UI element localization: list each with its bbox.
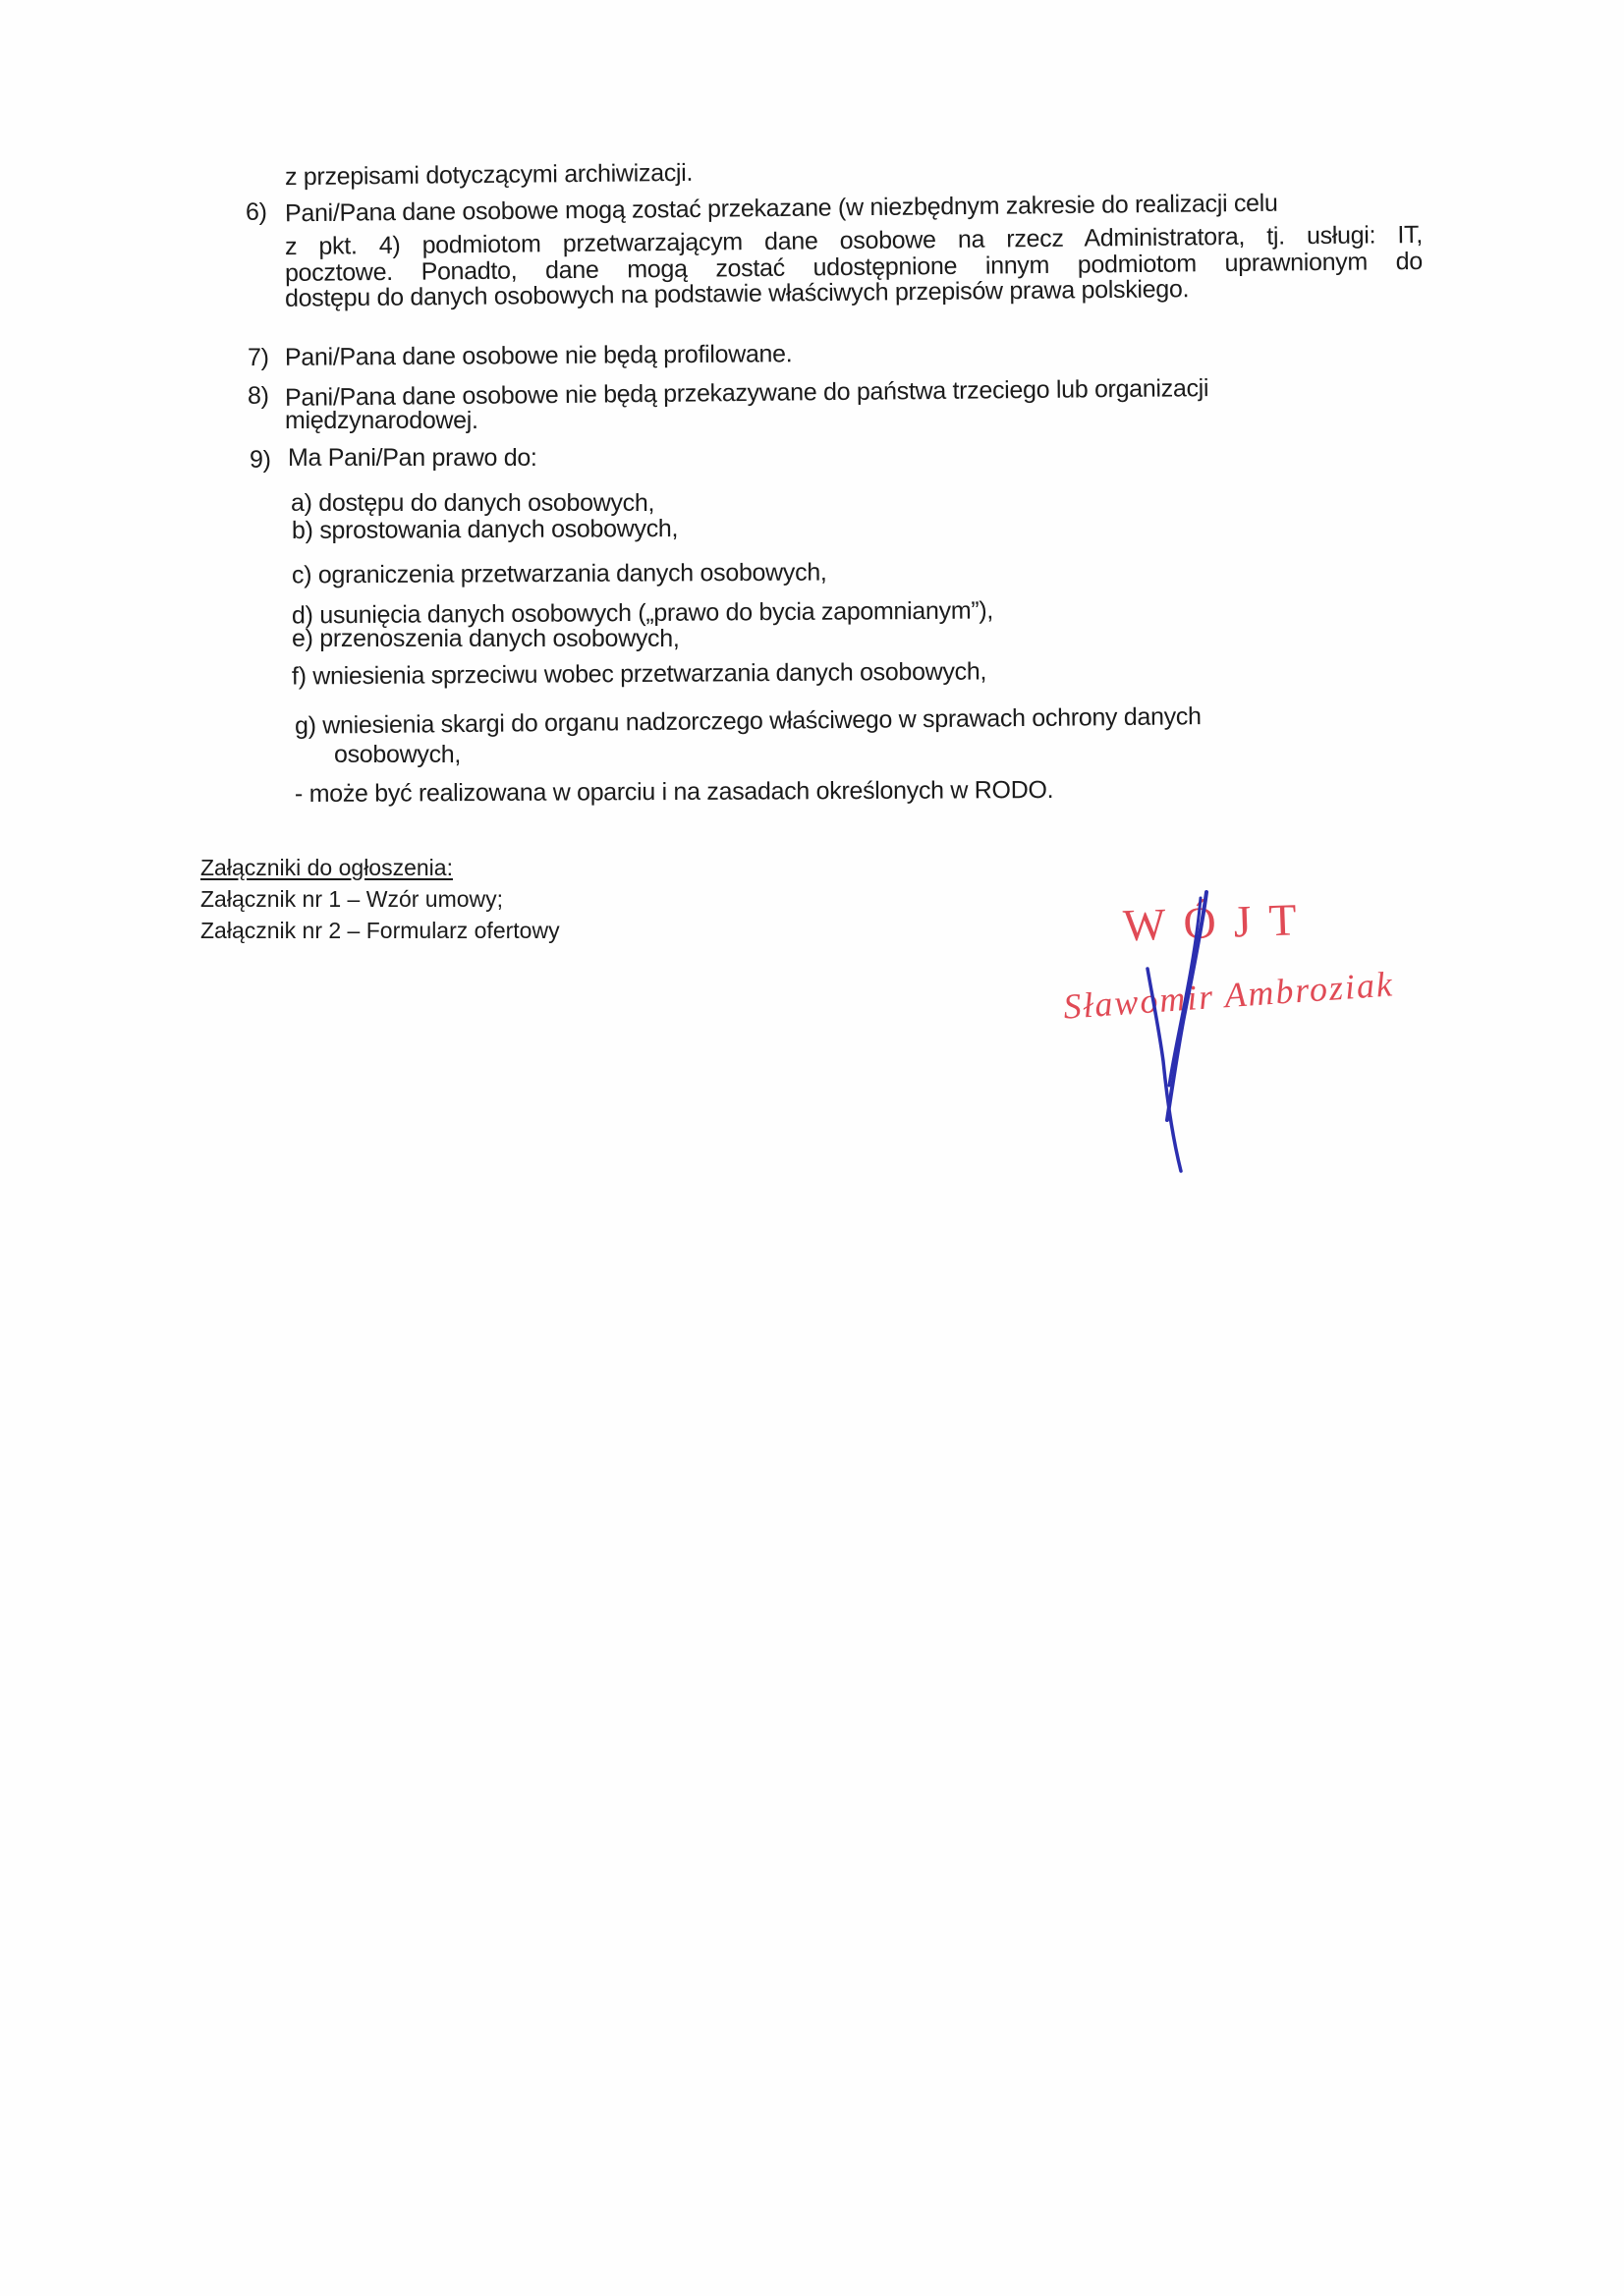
document-page: z przepisami dotyczącymi archiwizacji. 6…: [0, 0, 1624, 2296]
subitem-c: c) ograniczenia przetwarzania danych oso…: [292, 561, 827, 588]
item-number-8: 8): [248, 384, 269, 409]
subitem-d: d) usunięcia danych osobowych („prawo do…: [292, 599, 993, 629]
closing-line: - może być realizowana w oparciu i na za…: [295, 778, 1053, 807]
attachments-title: Załączniki do ogłoszenia:: [200, 857, 453, 879]
subitem-a: a) dostępu do danych osobowych,: [291, 491, 654, 516]
item-8-line-2: międzynarodowej.: [285, 409, 478, 433]
attachment-1: Załącznik nr 1 – Wzór umowy;: [200, 888, 503, 911]
signature-icon: [1130, 884, 1258, 1179]
subitem-f: f) wniesienia sprzeciwu wobec przetwarza…: [292, 660, 986, 690]
item-9-line-1: Ma Pani/Pan prawo do:: [288, 446, 537, 471]
item-number-6: 6): [246, 200, 267, 225]
item-7-line-1: Pani/Pana dane osobowe nie będą profilow…: [285, 342, 793, 370]
subitem-e: e) przenoszenia danych osobowych,: [292, 627, 680, 651]
item-6-line-4: dostępu do danych osobowych na podstawie…: [285, 277, 1189, 311]
item-number-7: 7): [248, 346, 269, 370]
subitem-g: g) wniesienia skargi do organu nadzorcze…: [295, 704, 1202, 739]
continuation-line: z przepisami dotyczącymi archiwizacji.: [285, 161, 693, 190]
item-8-line-1: Pani/Pana dane osobowe nie będą przekazy…: [285, 376, 1208, 411]
subitem-b: b) sprostowania danych osobowych,: [292, 517, 678, 543]
item-6-line-1: Pani/Pana dane osobowe mogą zostać przek…: [285, 192, 1278, 227]
item-number-9: 9): [250, 448, 271, 473]
attachment-2: Załącznik nr 2 – Formularz ofertowy: [200, 920, 560, 942]
subitem-g-continuation: osobowych,: [334, 743, 461, 767]
